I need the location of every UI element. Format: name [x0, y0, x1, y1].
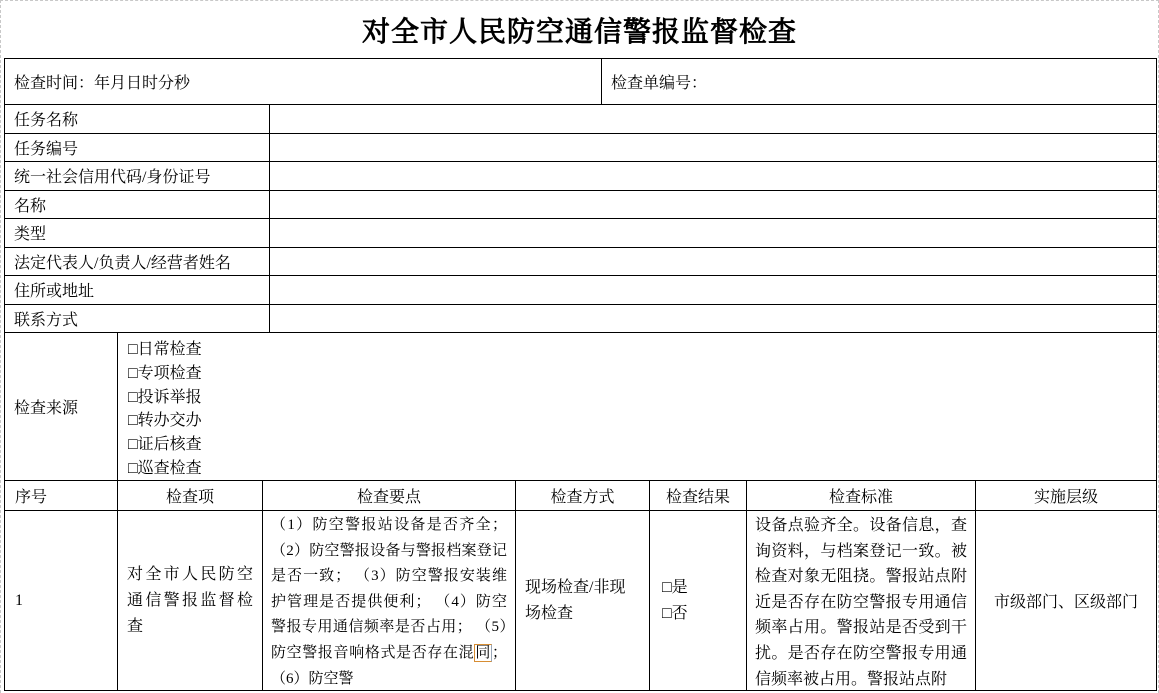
checkbox-icon[interactable]: □ — [128, 409, 138, 433]
result-option-yes: □是 — [662, 575, 746, 601]
field-value-task-number — [270, 134, 1157, 163]
field-label-legal-rep: 法定代表人/负责人/经营者姓名 — [5, 248, 270, 277]
meta-row: 检查时间：年月日时分秒 检查单编号： — [5, 59, 1157, 105]
cell-inspection-result: □是 □否 — [650, 511, 747, 691]
checkbox-icon[interactable]: □ — [128, 338, 138, 362]
table-row: 统一社会信用代码/身份证号 — [5, 162, 1157, 191]
inspection-doc-no-cell: 检查单编号： — [602, 59, 1157, 105]
source-option-label: 投诉举报 — [138, 386, 202, 410]
header-inspection-result: 检查结果 — [650, 481, 747, 511]
checkbox-icon[interactable]: □ — [128, 457, 138, 481]
header-implementation-level: 实施层级 — [976, 481, 1157, 511]
field-value-name — [270, 191, 1157, 220]
cell-serial-no: 1 — [5, 511, 118, 691]
inspection-source-options: □日常检查 □专项检查 □投诉举报 □转办交办 □证后核查 □巡查检查 — [118, 333, 1157, 481]
form-title: 对全市人民防空通信警报监督检查 — [362, 10, 797, 50]
inspection-form-table: 检查时间：年月日时分秒 检查单编号： 任务名称 任务编号 统一社会信用代码/身份… — [4, 58, 1157, 691]
field-label-name: 名称 — [5, 191, 270, 220]
source-option-label: 巡查检查 — [138, 457, 202, 481]
checkbox-icon[interactable]: □ — [662, 605, 672, 622]
table-row: 类型 — [5, 219, 1157, 248]
checkbox-icon[interactable]: □ — [662, 579, 672, 596]
field-label-type: 类型 — [5, 219, 270, 248]
field-label-address: 住所或地址 — [5, 276, 270, 305]
field-value-credit-code — [270, 162, 1157, 191]
field-value-legal-rep — [270, 248, 1157, 277]
cell-inspection-item: 对全市人民防空通信警报监督检查 — [118, 511, 263, 691]
source-option-label: 日常检查 — [138, 338, 202, 362]
table-row: 任务编号 — [5, 134, 1157, 163]
header-inspection-points: 检查要点 — [263, 481, 516, 511]
header-inspection-standard: 检查标准 — [747, 481, 976, 511]
source-option-complaint: □投诉举报 — [128, 386, 1156, 410]
header-serial-no: 序号 — [5, 481, 118, 511]
source-option-patrol: □巡查检查 — [128, 457, 1156, 481]
source-option-daily: □日常检查 — [128, 338, 1156, 362]
field-label-task-name: 任务名称 — [5, 105, 270, 134]
checkbox-icon[interactable]: □ — [128, 362, 138, 386]
source-option-label: 证后核查 — [138, 433, 202, 457]
source-option-special: □专项检查 — [128, 362, 1156, 386]
table-row: 任务名称 — [5, 105, 1157, 134]
field-label-task-number: 任务编号 — [5, 134, 270, 163]
cell-implementation-level: 市级部门、区级部门 — [976, 511, 1157, 691]
inspection-time-cell: 检查时间：年月日时分秒 — [5, 59, 602, 105]
field-label-contact: 联系方式 — [5, 305, 270, 334]
grid-header-row: 序号 检查项 检查要点 检查方式 检查结果 检查标准 实施层级 — [5, 481, 1157, 511]
points-text: （1）防空警报站设备是否齐全； （2）防空警报设备与警报档案登记是否一致； （3… — [271, 517, 507, 661]
header-inspection-method: 检查方式 — [516, 481, 650, 511]
checkbox-icon[interactable]: □ — [128, 433, 138, 457]
field-value-address — [270, 276, 1157, 305]
field-label-credit-code: 统一社会信用代码/身份证号 — [5, 162, 270, 191]
result-option-label: 否 — [672, 605, 688, 622]
cell-inspection-method: 现场检查/非现场检查 — [516, 511, 650, 691]
inspection-source-label: 检查来源 — [5, 333, 118, 481]
grid-data-row: 1 对全市人民防空通信警报监督检查 （1）防空警报站设备是否齐全； （2）防空警… — [5, 511, 1157, 691]
field-value-contact — [270, 305, 1157, 334]
table-row: 住所或地址 — [5, 276, 1157, 305]
result-option-label: 是 — [672, 579, 688, 596]
field-value-task-name — [270, 105, 1157, 134]
table-row: 名称 — [5, 191, 1157, 220]
source-option-transfer: □转办交办 — [128, 409, 1156, 433]
source-option-post-cert: □证后核查 — [128, 433, 1156, 457]
cell-inspection-standard: 设备点验齐全。设备信息，查询资料，与档案登记一致。被检查对象无阻挠。警报站点附近… — [747, 511, 976, 691]
document-page: 对全市人民防空通信警报监督检查 检查时间：年月日时分秒 检查单编号： 任务名称 … — [0, 0, 1159, 693]
inspection-source-row: 检查来源 □日常检查 □专项检查 □投诉举报 □转办交办 □证后核查 — [5, 333, 1157, 481]
cell-inspection-points: （1）防空警报站设备是否齐全； （2）防空警报设备与警报档案登记是否一致； （3… — [263, 511, 516, 691]
source-option-label: 转办交办 — [138, 409, 202, 433]
source-option-label: 专项检查 — [138, 362, 202, 386]
form-title-block: 对全市人民防空通信警报监督检查 — [1, 1, 1158, 58]
table-row: 联系方式 — [5, 305, 1157, 334]
spellcheck-marked-char: 同 — [474, 644, 492, 662]
field-value-type — [270, 219, 1157, 248]
header-inspection-item: 检查项 — [118, 481, 263, 511]
table-row: 法定代表人/负责人/经营者姓名 — [5, 248, 1157, 277]
checkbox-icon[interactable]: □ — [128, 386, 138, 410]
result-option-no: □否 — [662, 601, 746, 627]
